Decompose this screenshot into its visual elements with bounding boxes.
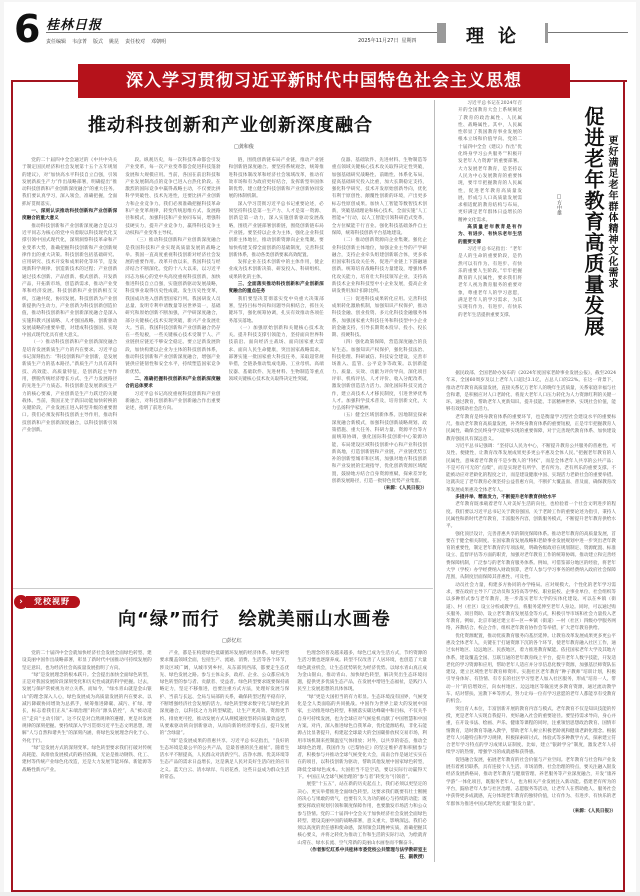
article3-column: 色理念的普及越来越多，绿色已成为生活方式，节约资源的生活习惯也逐渐养成。转型不仅… — [297, 650, 427, 880]
paragraph: “绿”是发展理念的根本跃升。全会提出加快全面绿色转型，正是对我国发展阶段深刻变化… — [22, 672, 152, 745]
article2-byline: □方中雄 — [556, 194, 563, 215]
proofreader-label: 责任校对 — [125, 39, 145, 45]
paragraph: （二）推动创新资源向企业集聚。强化企业科技创新主体地位，加强企业主导的产学研融合… — [332, 237, 427, 295]
paragraph: 突出育人本位，丰富创新开展的教育内容与模式。老年教育不仅是知识技能的传授，更是老… — [446, 706, 616, 757]
paragraph: 深入学习贯彻习近平总书记重要论述，必须坚持科技是第一生产力、人才是第一资源、创新… — [229, 201, 324, 259]
article2-body: 据民政部、全国老龄办发布的《2024年度国家老龄事业发展公报》，截至2024年末… — [446, 370, 616, 880]
paragraph: 党的二十届四中全会就加快经济社会发展全面绿色转型、建设美丽中国作出战略部署，彰显… — [22, 650, 152, 672]
column-marker-right — [545, 23, 548, 43]
editor-name: 韦彦菁 — [72, 39, 87, 45]
article3-body: 党的二十届四中全会就加快经济社会发展全面绿色转型、建设美丽中国作出战略部署，彰显… — [22, 650, 427, 880]
paragraph: （四）强化政策保障，营造深度融合的良好生态。加强知识产权保护，强化科技法治、科技… — [332, 339, 427, 412]
article3-column: 党的二十届四中全会就加快经济社会发展全面绿色转型、建设美丽中国作出战略部署，彰显… — [22, 650, 152, 880]
section-subheading: 二、准确把握科技创新和产业创新深度融合的总体要求 — [125, 376, 220, 391]
paragraph: 段。纵观历史，每一次科技革命都会引发产业变革，每一次产业变革都会促进科技蓬勃发展… — [125, 157, 220, 237]
article1-column: 党的二十届四中全会通过的《中共中央关于制定国民经济和社会发展第十五个五年规划的建… — [22, 157, 117, 582]
article3-column: 产业，都是在构建绿色低碳循环发展的经济体系。绿色转型要求覆盖领域全面，包括生产、… — [160, 650, 290, 880]
section-divider — [13, 588, 433, 589]
article1-column: 仪器、基础软件、先进材料、生物制造等重点领域关键核心技术攻关取得决定性突破，加强… — [332, 157, 427, 582]
article1-byline: □龚和俊 — [234, 143, 254, 150]
paragraph: （五）健全区域创新体系。因地制宜探索深度融合新模式，加强科技创新战略规划、政策措… — [332, 412, 427, 485]
section-tag: › 党校视野 — [14, 595, 80, 609]
page-number: 6 — [14, 12, 40, 46]
paragraph: 发挥企业在技术创新中的主体作用，使企业成为技术创新决策、研发投入、科研组织、成果… — [229, 259, 324, 281]
article1-column: 段。纵观历史，每一次科技革命都会引发产业变革，每一次产业变革都会促进科技蓬勃发展… — [125, 157, 220, 582]
source-credit: （来源：《人民日报》） — [332, 485, 427, 492]
column-marker-left — [437, 23, 446, 43]
newspaper-page: 6 桂林日报 责任编辑韦彦菁版式姚昆责任校对邓朝明 2025年11月27日星期四… — [0, 0, 640, 896]
paragraph: 老年教育是终身教育体系的重要环节，也是衡量学习型社会建设水平的重要标尺。推动老年… — [446, 414, 616, 443]
article2-headline[interactable]: 促进老年教育高质量发展 — [582, 106, 604, 337]
section-subheading: 多措并举、精准发力，不断提升老年教育供给水平 — [446, 494, 616, 501]
article2-intro: 习近平总书记在2024年召开的全国教育大会上系统阐述了教育的政治属性、人民属性、… — [458, 100, 522, 366]
paragraph: 我们要坚决贯彻落实党中央重大决策部署，坚持目标导向和问题导向相结合，抓住关键环节… — [229, 296, 324, 325]
column-divider — [434, 100, 435, 862]
red-frame-top-left — [11, 80, 81, 82]
article2-intro-column: 习近平总书记在2024年召开的全国教育大会上系统阐述了教育的政治属性、人民属性、… — [458, 100, 522, 366]
paragraph: 动员社会力量，构建多方协同的办学格局。应对规模大、个性化的老年学习需求，要在政府… — [446, 582, 616, 633]
paragraph: 产业，都是在构建绿色低碳循环发展的经济体系。绿色转型要求覆盖领域全面，包括生产、… — [160, 650, 290, 738]
paragraph: 习近平总书记指出：“老年是人的生命的重要阶段，是仍然可以有作为、有进步、有快乐的… — [458, 246, 522, 319]
article2-subheadline: 更好满足老年群体精神文化需求 — [604, 135, 619, 289]
source-credit: （作者彭忆红系中共桂林市委党校公共管理与法学教研室主任、副教授） — [297, 847, 427, 862]
paragraph: 展望“十五五”，站在新的历史起点上，我们必须以更坚定的决心、更实举措推进全面绿色… — [297, 781, 427, 847]
date-text: 2025年11月27日 — [358, 38, 398, 44]
paragraph: “绿”是发展成果的普惠共享。习近平总书记指出，“良好的生态环境是最公平的公共产品… — [160, 738, 290, 782]
paragraph: 老年教育既承载着老年人对美好生活的向往，也检验着一个社会文明进步的程度。我们要以… — [446, 501, 616, 530]
paragraph: 强化顶层设计，完善普惠共享的制度保障体系。推动老年教育的高质量发展，首要在于健全… — [446, 531, 616, 582]
masthead-rule — [46, 32, 441, 33]
article3-byline: □彭忆红 — [222, 637, 242, 644]
red-frame-top-right — [570, 80, 627, 82]
layout-name: 姚昆 — [109, 39, 119, 45]
paragraph: 习近平总书记高度重视科技创新和产业创新融合，对科技创新和产业创新融合作出重要论述… — [125, 391, 220, 413]
section-subheading: 一、深刻认识推动科技创新和产业创新深度融合的重大意义 — [22, 208, 117, 223]
masthead-rule-right — [548, 32, 628, 33]
article3-headline[interactable]: 向“绿”而行 绘就美丽山水画卷 — [118, 605, 391, 631]
source-credit: （来源：《人民日报》） — [446, 808, 616, 815]
theme-banner: 深入学习贯彻习近平新时代中国特色社会主义思想 — [78, 64, 570, 98]
paragraph: “绿”更是大国担当的有力彰显。生态环境没有国界，气候变化是全人类面临的共同挑战。… — [297, 694, 427, 782]
paragraph: 优化资源配置，推动优质教育服务向基层延伸。让教育改革发展成果更多更公平惠及全体老… — [446, 633, 616, 706]
section-tag-label: 党校视野 — [26, 596, 80, 608]
article2-body-column: 据民政部、全国老龄办发布的《2024年度国家老龄事业发展公报》，截至2024年末… — [446, 370, 616, 880]
paragraph: 据民政部、全国老龄办发布的《2024年度国家老龄事业发展公报》，截至2024年末… — [446, 370, 616, 414]
paragraph: （三）推动科技创新和产业创新深度融合是我国科技和产业实现高质量发展的战略之举。我… — [125, 237, 220, 376]
column-title: 理论 — [466, 22, 530, 48]
section-subheading: 高质量老年教育是有作为、有进步、有快乐老年生活的重要支撑 — [458, 224, 522, 246]
article1-body: 党的二十届四中全会通过的《中共中央关于制定国民经济和社会发展第十五个五年规划的建… — [22, 157, 427, 582]
article1-column: 链，围绕创新链布局产业链，推动产业链和创新链深度融合。要坚持系统观念，统筹推进科… — [229, 157, 324, 582]
weekday-text: 星期四 — [401, 38, 416, 44]
paragraph: （三）促进科技成果转化应用。完善科技成果转化激励机制，加强知识产权保护，推动科技… — [332, 296, 427, 340]
paragraph: 色理念的普及越来越多，绿色已成为生活方式，节约资源的生活习惯也逐渐养成。转型不仅… — [297, 650, 427, 694]
paragraph: （一）加强原始创新和关键核心技术攻关。提升科技支撑引领能力，坚持面向世界科技前沿… — [229, 325, 324, 383]
paragraph: 习近平总书记强调：“坚持以人民为中心，不断提升教育公共服务的普惠性、可及性、便捷… — [446, 443, 616, 494]
paragraph: 习近平总书记在2024年召开的全国教育大会上系统阐述了教育的政治属性、人民属性、… — [458, 100, 522, 224]
layout-label: 版式 — [93, 39, 103, 45]
paragraph: 推动科技创新和产业创新深度融合是以习近平同志为核心的党中央着眼以科技现代化支撑引… — [22, 223, 117, 340]
editor-label: 责任编辑 — [46, 39, 66, 45]
section-subheading: 三、全面落实推动科技创新和产业创新深度融合的重点任务 — [229, 281, 324, 296]
paragraph: 促进融合发展，拓展老年教育的社会价值与产业空间。老年教育与社会和产业发展有着密切… — [446, 757, 616, 808]
paragraph: 链，围绕创新链布局产业链，推动产业链和创新链深度融合。要坚持系统观念，统筹推进科… — [229, 157, 324, 201]
paragraph: “绿”是发展方式的深刻变革。绿色转型要求我们打破对传统高耗能、高排放发展模式的路… — [22, 745, 152, 774]
page-bottom-edge — [0, 892, 640, 896]
newspaper-logo: 桂林日报 — [46, 14, 102, 33]
proofreader-name: 邓朝明 — [151, 39, 166, 45]
editor-credits: 责任编辑韦彦菁版式姚昆责任校对邓朝明 — [46, 38, 172, 45]
paragraph: （一）推动科技创新和产业创新深度融合是培育发展新质生产力的内在要求。习近平总书记… — [22, 339, 117, 434]
issue-date: 2025年11月27日星期四 — [358, 37, 419, 44]
paragraph: 仪器、基础软件、先进材料、生物制造等重点领域关键核心技术攻关取得决定性突破，加强… — [332, 157, 427, 237]
paragraph: 党的二十届四中全会通过的《中共中央关于制定国民经济和社会发展第十五个五年规划的建… — [22, 157, 117, 208]
article1-headline[interactable]: 推动科技创新和产业创新深度融合 — [88, 111, 373, 137]
